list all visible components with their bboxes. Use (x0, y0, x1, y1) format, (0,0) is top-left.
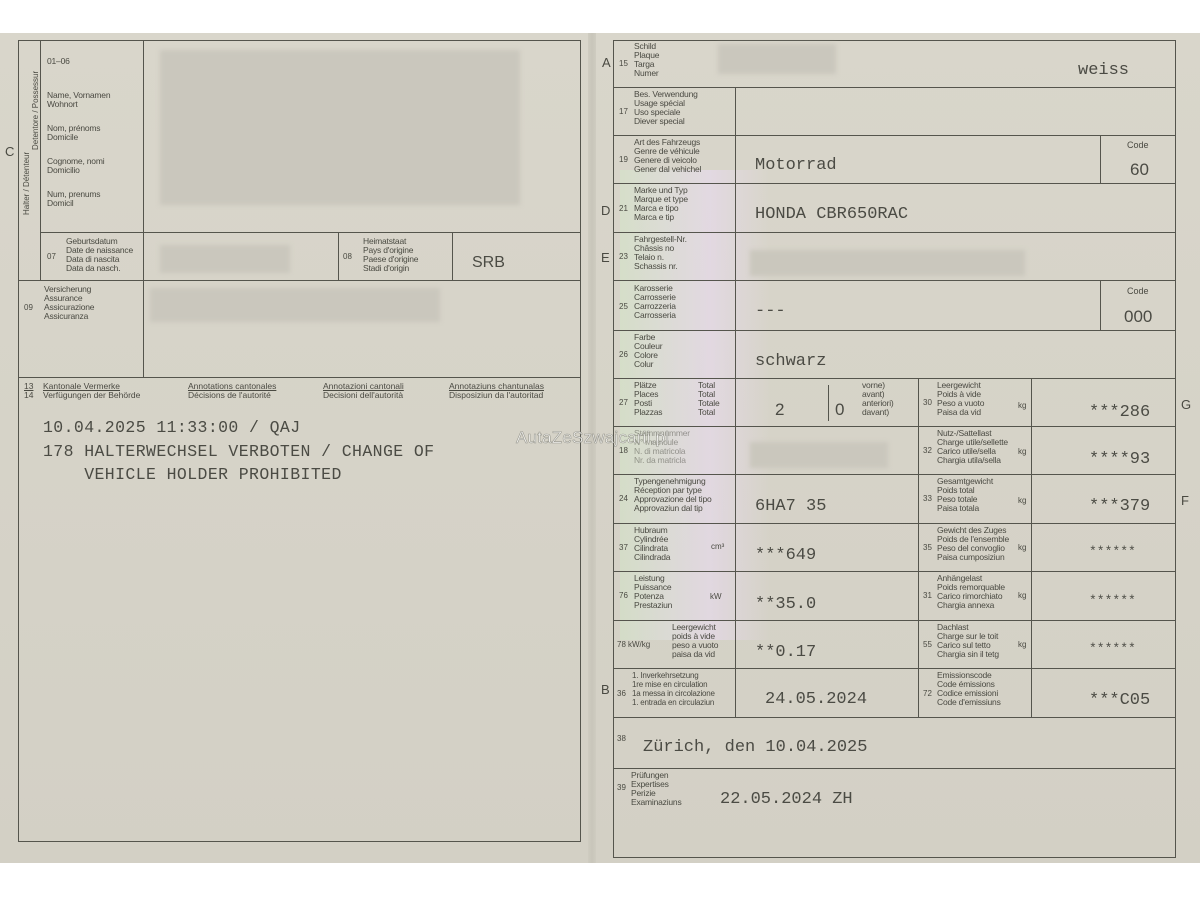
annotation-line-3: VEHICLE HOLDER PROHIBITED (43, 465, 342, 484)
color-value: schwarz (755, 352, 826, 371)
holder-vertical-label-2: Detentore / Possessur (31, 71, 40, 150)
watermark: AutaZeSzwajcarii.pl (516, 428, 669, 448)
body-value: --- (755, 302, 786, 321)
power-value: **35.0 (755, 595, 816, 614)
side-marker-e: E (601, 250, 610, 265)
annotation-line-2: 178 HALTERWECHSEL VERBOTEN / CHANGE OF (43, 442, 434, 461)
vehicle-type-value: Motorrad (755, 156, 837, 175)
first-registration-value: 24.05.2024 (765, 690, 867, 709)
issue-place-date-value: Zürich, den 10.04.2025 (643, 738, 867, 757)
origin-value: SRB (472, 254, 505, 272)
side-marker-g: G (1181, 397, 1191, 412)
registry-number-redacted (750, 442, 888, 468)
payload-value: ****93 (1089, 450, 1150, 469)
seats-total-value: 2 (775, 400, 784, 420)
annotation-line-1: 10.04.2025 11:33:00 / QAJ (43, 418, 301, 437)
holder-name-redacted (160, 50, 520, 205)
side-marker-c: C (5, 144, 14, 159)
seats-front-value: 0 (835, 400, 844, 420)
power-to-weight-value: **0.17 (755, 643, 816, 662)
train-weight-value: ****** (1089, 544, 1136, 559)
page-fold (588, 33, 596, 863)
empty-weight-value: ***286 (1089, 403, 1150, 422)
type-approval-value: 6HA7 35 (755, 497, 826, 516)
make-model-value: HONDA CBR650RAC (755, 205, 908, 224)
plate-redacted (718, 44, 836, 74)
birthdate-redacted (160, 245, 290, 273)
vin-redacted (750, 250, 1025, 276)
side-marker-f: F (1181, 493, 1189, 508)
insurance-redacted (150, 288, 440, 322)
side-marker-d: D (601, 203, 610, 218)
vehicle-type-code: 60 (1130, 160, 1149, 180)
inspection-value: 22.05.2024 ZH (720, 790, 853, 809)
holder-vertical-label-1: Halter / Détenteur (22, 152, 31, 215)
right-page-frame (613, 40, 1176, 858)
emission-code-value: ***C05 (1089, 691, 1150, 710)
side-marker-a: A (602, 55, 611, 70)
total-weight-value: ***379 (1089, 497, 1150, 516)
roof-load-value: ****** (1089, 641, 1136, 656)
displacement-value: ***649 (755, 546, 816, 565)
side-marker-b: B (601, 682, 610, 697)
plate-color-value: weiss (1078, 61, 1129, 80)
body-code: 000 (1124, 307, 1152, 327)
towing-load-value: ****** (1089, 593, 1136, 608)
